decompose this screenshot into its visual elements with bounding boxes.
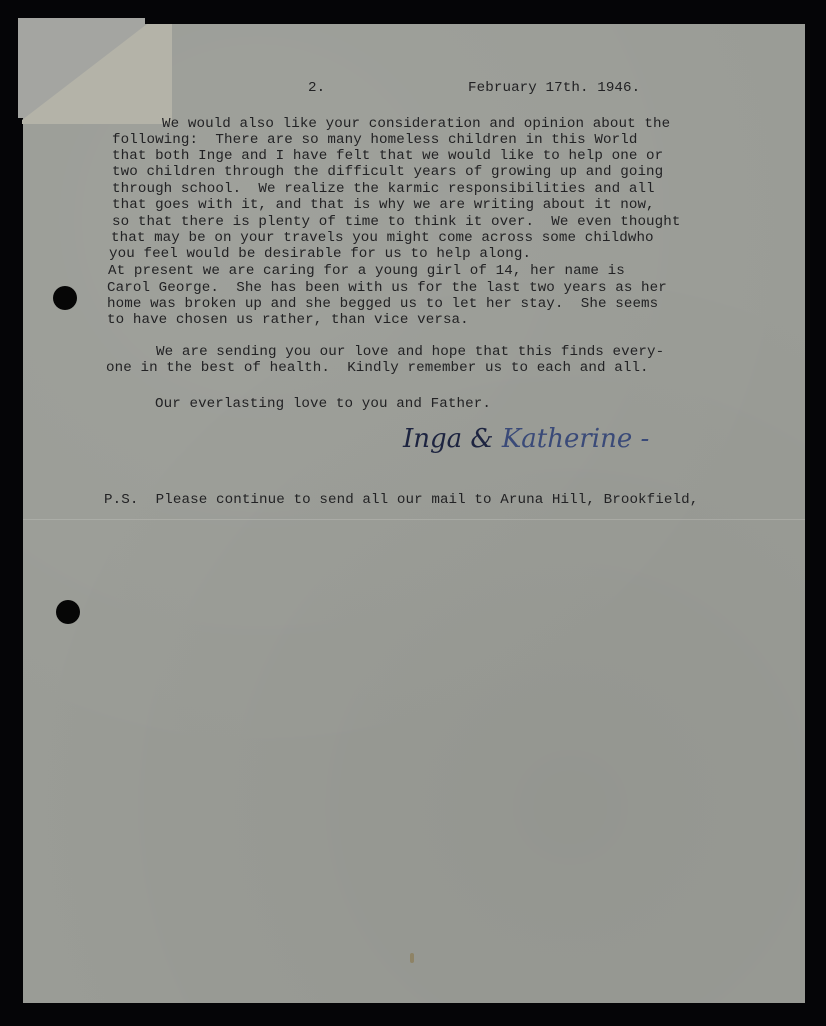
text-line: one in the best of health. Kindly rememb…: [106, 360, 649, 376]
page-number: 2.: [308, 80, 325, 96]
text-line: through school. We realize the karmic re…: [112, 181, 655, 197]
closing-line: Our everlasting love to you and Father.: [155, 396, 491, 412]
text-line: to have chosen us rather, than vice vers…: [107, 312, 469, 328]
fold-crease: [23, 519, 805, 520]
text-line: that both Inge and I have felt that we w…: [112, 148, 663, 164]
text-line: two children through the difficult years…: [112, 164, 663, 180]
text-line: following: There are so many homeless ch…: [112, 132, 637, 148]
text-line: that may be on your travels you might co…: [111, 230, 654, 246]
corner-gap: [145, 0, 165, 24]
signature-inga: Inga &: [403, 424, 494, 454]
text-line: At present we are caring for a young gir…: [108, 263, 625, 279]
postscript: P.S. Please continue to send all our mai…: [104, 492, 698, 508]
punch-hole-top: [53, 286, 77, 310]
text-line: so that there is plenty of time to think…: [112, 214, 681, 230]
text-line: Carol George. She has been with us for t…: [107, 280, 667, 296]
punch-hole-bottom: [56, 600, 80, 624]
text-line: We would also like your consideration an…: [162, 116, 670, 132]
text-line: that goes with it, and that is why we ar…: [112, 197, 655, 213]
text-line: home was broken up and she begged us to …: [107, 296, 658, 312]
handwritten-signature: Inga & Katherine -: [403, 424, 649, 454]
text-line: We are sending you our love and hope tha…: [156, 344, 664, 360]
paper-stain: [410, 953, 414, 963]
letter-date: February 17th. 1946.: [468, 80, 640, 96]
signature-katherine: Katherine -: [502, 424, 649, 454]
text-line: you feel would be desirable for us to he…: [109, 246, 531, 262]
